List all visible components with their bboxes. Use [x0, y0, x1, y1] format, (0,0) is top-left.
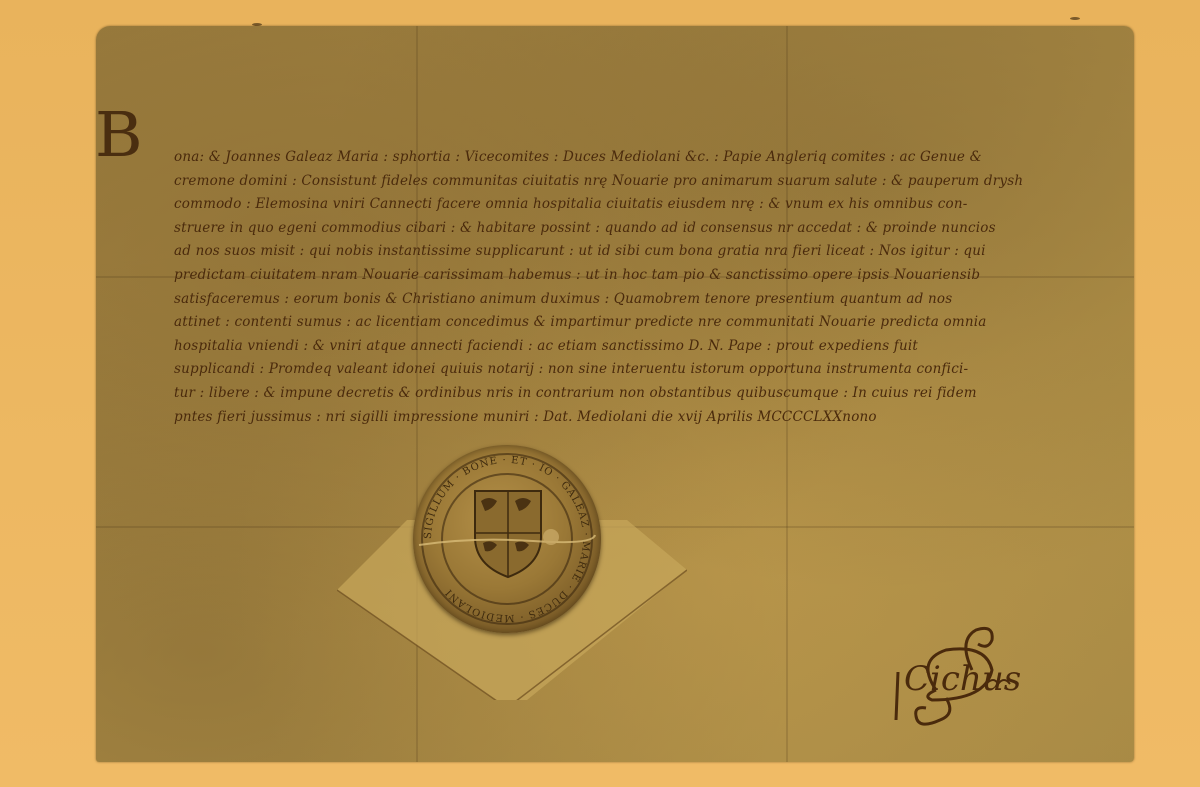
text-line-6: predictam ciuitatem nram Nouarie carissi… — [174, 264, 1034, 288]
text-line-4: struere in quo egeni commodius cibari : … — [174, 217, 1034, 241]
manuscript-text: ona: & Joannes Galeaz Maria : sphortia :… — [174, 146, 1034, 429]
text-line-8: attinet : contenti sumus : ac licentiam … — [174, 311, 1034, 335]
photo-frame: B ona: & Joannes Galeaz Maria : sphortia… — [0, 0, 1200, 787]
speck — [1070, 17, 1080, 20]
text-line-11: tur : libere : & impune decretis & ordin… — [174, 382, 1034, 406]
text-line-2: cremone domini : Consistunt fideles comm… — [174, 170, 1034, 194]
decorated-initial: B — [95, 104, 143, 166]
text-line-3: commodo : Elemosina vniri Cannecti facer… — [174, 193, 1034, 217]
text-line-5: ad nos suos misit : qui nobis instantiss… — [174, 240, 1034, 264]
text-line-12: pntes fieri jussimus : nri sigilli impre… — [174, 406, 1034, 430]
text-line-1: ona: & Joannes Galeaz Maria : sphortia :… — [174, 146, 1034, 170]
seal-crack — [413, 445, 601, 633]
wax-seal: SIGILLUM · BONE · ET · IO · GALEAZ · MAR… — [413, 445, 601, 633]
signature: Cichus — [786, 580, 1026, 740]
text-line-9: hospitalia vniendi : & vniri atque annec… — [174, 335, 1034, 359]
text-line-7: satisfaceremus : eorum bonis & Christian… — [174, 288, 1034, 312]
text-line-10: supplicandi : Promdeq valeant idonei qui… — [174, 358, 1034, 382]
svg-text:Cichus: Cichus — [904, 659, 1021, 699]
